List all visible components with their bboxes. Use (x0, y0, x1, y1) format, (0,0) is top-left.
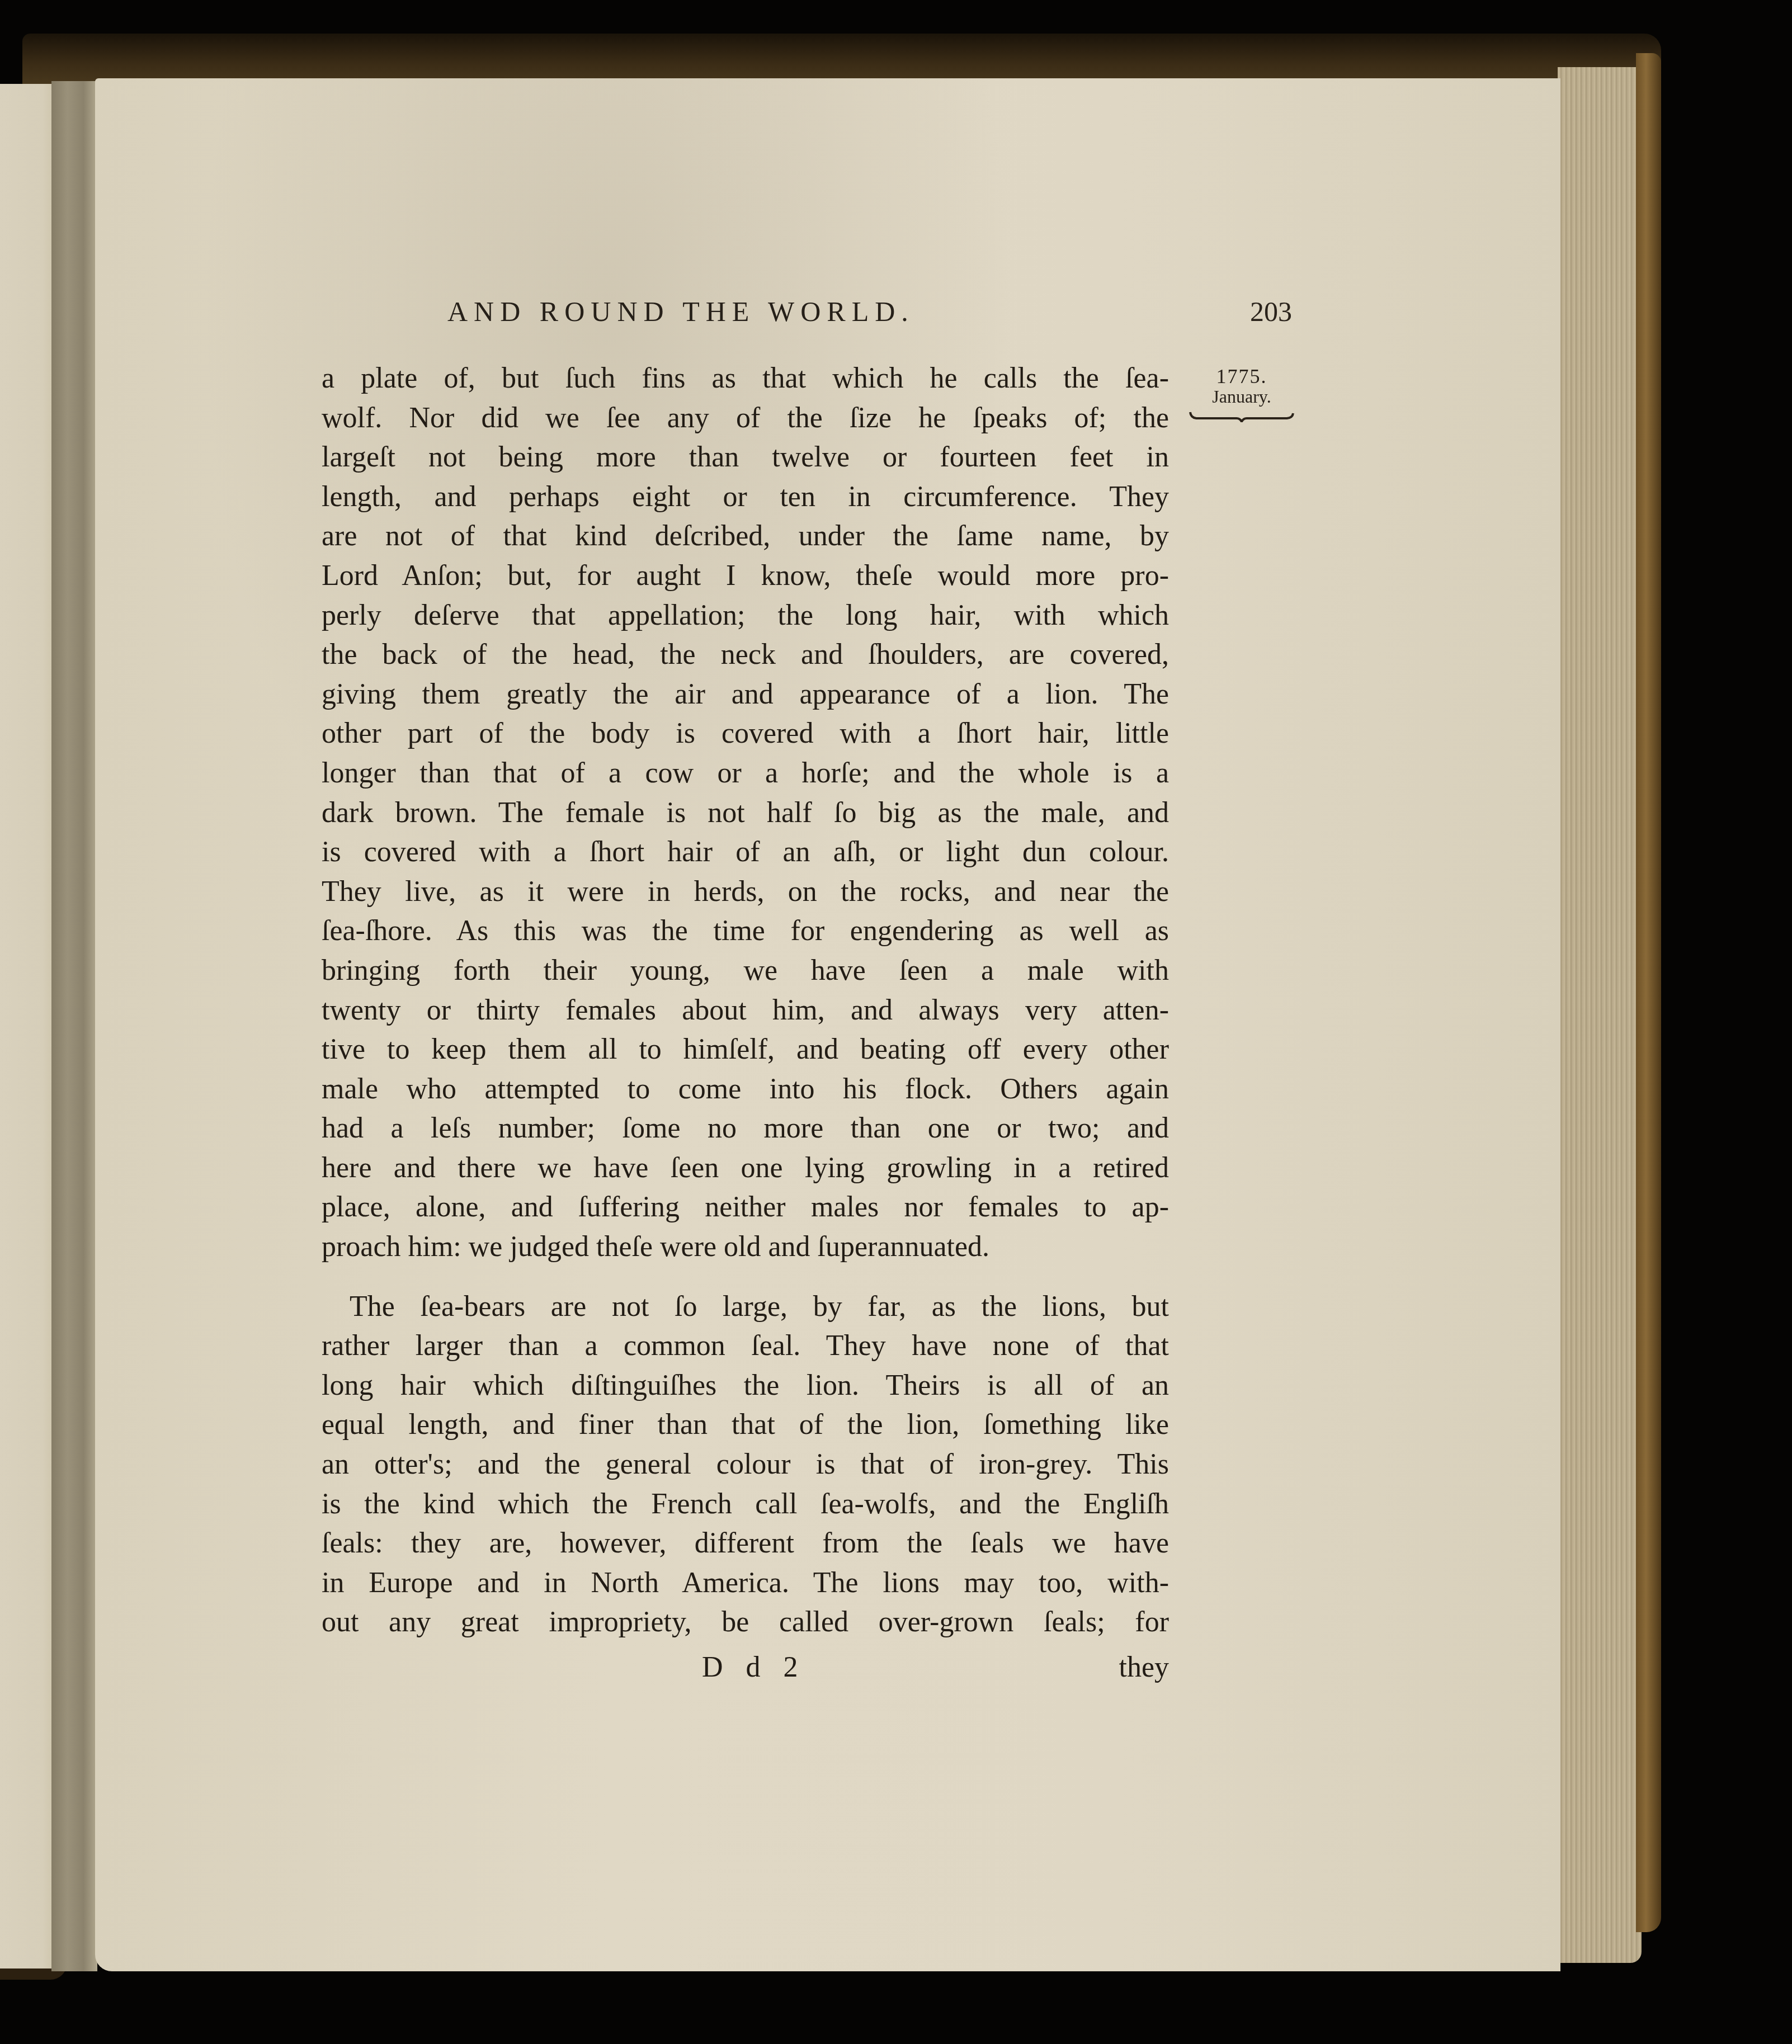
text-line: had a leſs number; ſome no more than one… (322, 1109, 1169, 1149)
catchword: they (1119, 1651, 1169, 1684)
text-line: The ſea-bears are not ſo large, by far, … (322, 1287, 1169, 1327)
brace-icon (1189, 411, 1295, 422)
text-line: here and there we have ſeen one lying gr… (322, 1149, 1169, 1188)
text-line: equal length, and finer than that of the… (322, 1405, 1169, 1445)
paragraph-1: a plate of, but ſuch fins as that which … (322, 359, 1169, 1267)
text-line: a plate of, but ſuch fins as that which … (322, 359, 1169, 399)
text-line: long hair which diſtinguiſhes the lion. … (322, 1366, 1169, 1406)
paragraph-gap (322, 1267, 1169, 1287)
text-line: proach him: we judged theſe were old and… (322, 1228, 1169, 1267)
signature-mark: D d 2 (702, 1651, 806, 1684)
text-line: dark brown. The female is not half ſo bi… (322, 794, 1169, 833)
paragraph-2: The ſea-bears are not ſo large, by far, … (322, 1287, 1169, 1642)
running-head: AND ROUND THE WORLD. (447, 295, 914, 328)
body-text: a plate of, but ſuch fins as that which … (322, 359, 1169, 1642)
text-line: is covered with a ſhort hair of an aſh, … (322, 833, 1169, 872)
text-line: Lord Anſon; but, for aught I know, theſe… (322, 556, 1169, 596)
text-line: the back of the head, the neck and ſhoul… (322, 635, 1169, 675)
leather-cover-edge (1636, 53, 1661, 1932)
text-line: longer than that of a cow or a horſe; an… (322, 754, 1169, 794)
text-line: in Europe and in North America. The lion… (322, 1564, 1169, 1603)
text-line: giving them greatly the air and appearan… (322, 675, 1169, 715)
facing-page-edge (0, 84, 53, 1969)
text-line: twenty or thirty females about him, and … (322, 991, 1169, 1031)
page-block-fore-edge (1558, 67, 1642, 1963)
text-line: tive to keep them all to himſelf, and be… (322, 1030, 1169, 1070)
text-line: other part of the body is covered with a… (322, 714, 1169, 754)
margin-note-month: January. (1186, 388, 1298, 405)
page-footer: D d 2 they (322, 1651, 1169, 1690)
text-line: out any great impropriety, be called ove… (322, 1603, 1169, 1642)
text-line: an otter's; and the general colour is th… (322, 1445, 1169, 1485)
text-line: are not of that kind deſcribed, under th… (322, 517, 1169, 556)
text-line: length, and perhaps eight or ten in circ… (322, 478, 1169, 517)
margin-note: 1775. January. (1186, 366, 1298, 422)
text-line: male who attempted to come into his floc… (322, 1070, 1169, 1110)
text-line: is the kind which the French call ſea-wo… (322, 1485, 1169, 1524)
text-line: rather larger than a common ſeal. They h… (322, 1327, 1169, 1366)
text-line: perly deſerve that appellation; the long… (322, 596, 1169, 636)
text-line: ſea-ſhore. As this was the time for enge… (322, 912, 1169, 951)
text-line: largeſt not being more than twelve or fo… (322, 438, 1169, 478)
text-line: ſeals: they are, however, different from… (322, 1524, 1169, 1564)
margin-note-year: 1775. (1186, 366, 1298, 386)
text-line: wolf. Nor did we ſee any of the ſize he … (322, 399, 1169, 438)
text-line: place, alone, and ſuffering neither male… (322, 1188, 1169, 1228)
page-number: 203 (1250, 295, 1292, 328)
book-gutter (51, 81, 97, 1971)
text-line: They live, as it were in herds, on the r… (322, 872, 1169, 912)
text-line: bringing forth their young, we have ſeen… (322, 951, 1169, 991)
